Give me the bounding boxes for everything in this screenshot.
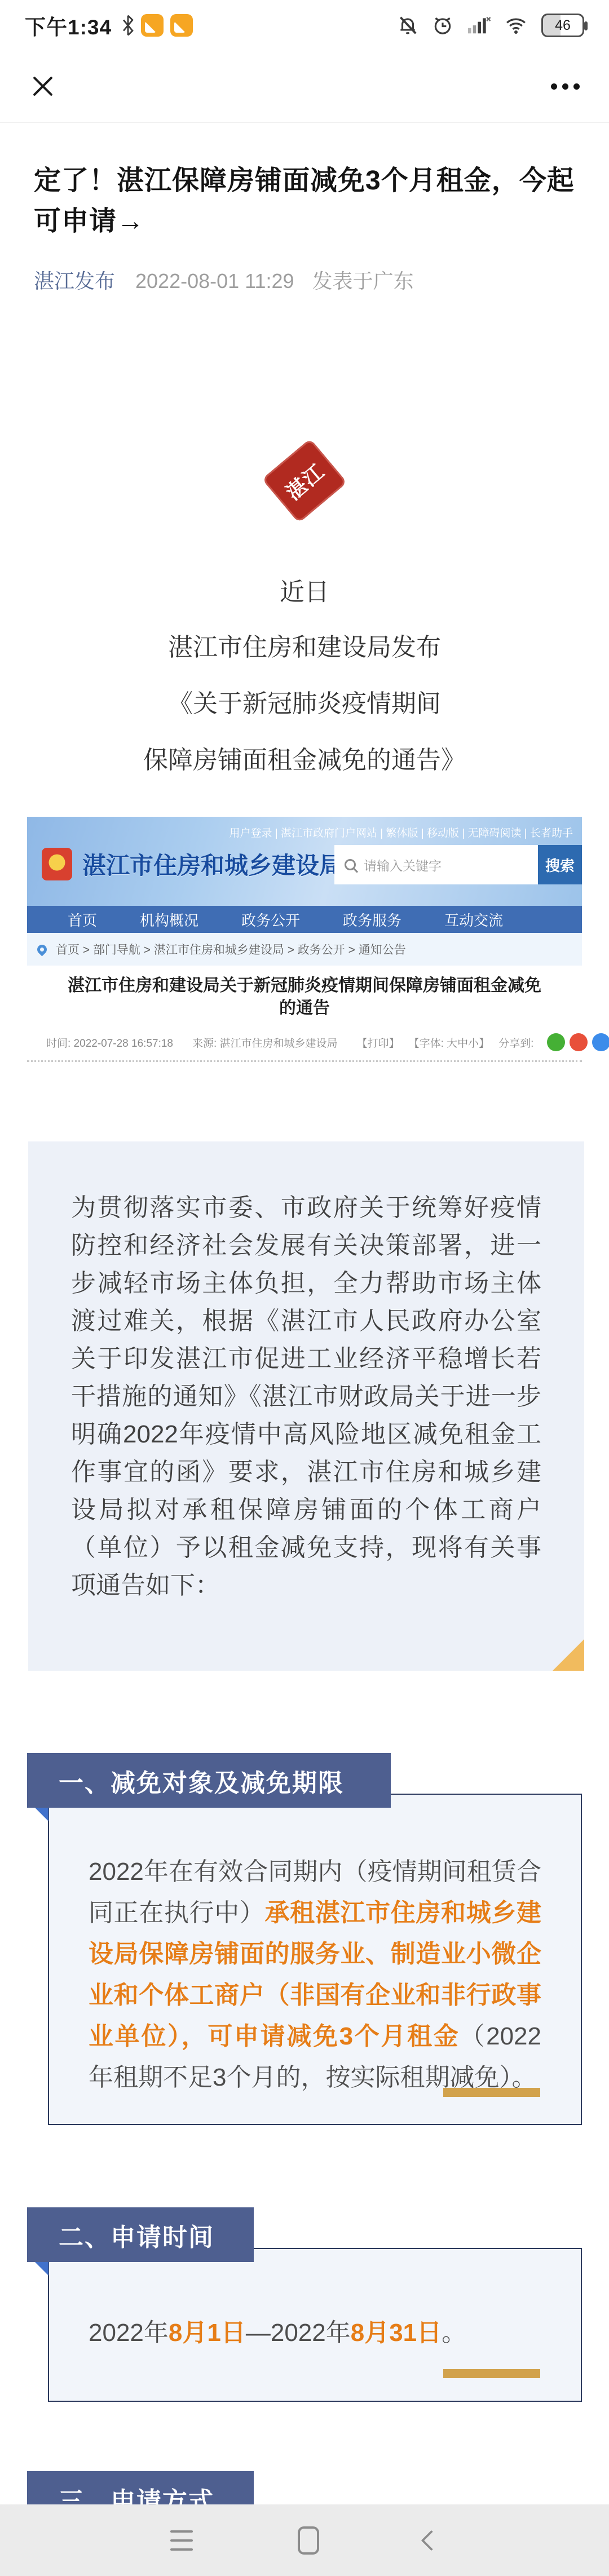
emblem-star: ★ <box>52 857 62 871</box>
battery-icon: 46 <box>541 14 584 37</box>
print-button: 【打印】 <box>357 1035 400 1050</box>
share-wechat-icon <box>547 1033 565 1051</box>
font-size-control: 【字体: 大中小】 <box>409 1035 490 1050</box>
publish-date: 2022-08-01 11:29 <box>135 269 294 293</box>
seal-stamp: 湛江 <box>262 439 347 523</box>
site-article-meta: 时间: 2022-07-28 16:57:18 来源: 湛江市住房和城乡建设局 … <box>27 1033 582 1051</box>
site-nav-interaction: 互动交流 <box>444 909 503 930</box>
meta-time: 时间: 2022-07-28 16:57:18 <box>46 1035 173 1050</box>
signal-no-sim-icon <box>467 15 491 36</box>
site-screenshot-image[interactable]: 用户登录 | 湛江市政府门户网站 | 繁体版 | 移动版 | 无障碍阅读 | 长… <box>27 817 582 1062</box>
section-1-text: 2022年在有效合同期内（疫情期间租赁合同正在执行中）承租湛江市住房和城乡建设局… <box>89 1851 541 2098</box>
article-body: 定了！湛江保障房铺面减免3个月租金，今起可申请→ 湛江发布 2022-08-01… <box>0 161 609 2526</box>
intro-line: 保障房铺面租金减免的通告》 <box>27 747 582 773</box>
intro-paragraph-box: 为贯彻落实市委、市政府关于统筹好疫情防控和经济社会发展有关决策部署，进一步减轻市… <box>28 1141 584 1671</box>
section-2-text: 2022年8月1日—2022年8月31日。 <box>89 2312 541 2353</box>
home-icon[interactable] <box>298 2526 319 2555</box>
section-1: 一、减免对象及减免期限 2022年在有效合同期内（疫情期间租赁合同正在执行中）承… <box>27 1753 582 2125</box>
intro-line: 湛江市住房和建设局发布 <box>27 635 582 661</box>
section-1-header: 一、减免对象及减免期限 <box>27 1753 391 1808</box>
meta-source: 来源: 湛江市住房和城乡建设局 <box>192 1035 338 1050</box>
accent-text: 8月1日 <box>169 2319 246 2347</box>
section-1-title: 一、减免对象及减免期限 <box>59 1763 344 1799</box>
app-badge-icon <box>170 14 193 37</box>
gold-bar-decoration <box>443 2369 540 2378</box>
bell-muted-icon <box>397 15 418 36</box>
site-search-input: 请输入关键字 <box>334 845 538 884</box>
ribbon-fold-icon <box>35 2262 48 2276</box>
site-article-head: 湛江市住房和建设局关于新冠肺炎疫情期间保障房铺面租金减免的通告 时间: 2022… <box>27 966 582 1062</box>
site-breadcrumb: 首页 > 部门导航 > 湛江市住房和城乡建设局 > 政务公开 > 通知公告 <box>27 933 582 966</box>
site-search-button: 搜索 <box>538 845 582 884</box>
close-icon[interactable] <box>29 73 56 100</box>
status-icons: 46 <box>397 14 584 37</box>
status-bar: 下午1:34 46 <box>0 0 609 51</box>
search-icon <box>345 859 356 870</box>
red-seal-image[interactable]: 湛江 <box>27 445 582 516</box>
share-qq-icon <box>592 1033 609 1051</box>
meta-actions: 【打印】 【字体: 大中小】 分享到: ★ <box>357 1033 609 1051</box>
section-2: 二、申请时间 2022年8月1日—2022年8月31日。 <box>27 2207 582 2402</box>
gold-bar-decoration <box>443 2088 540 2097</box>
intro-line: 《关于新冠肺炎疫情期间 <box>27 691 582 717</box>
wechat-article-screen: 下午1:34 46 定了！湛江保障 <box>0 0 609 2576</box>
site-nav-about: 机构概况 <box>140 909 198 930</box>
site-nav-disclosure: 政务公开 <box>241 909 300 930</box>
share-label: 分享到: <box>498 1035 533 1050</box>
site-name: 湛江市住房和城乡建设局 <box>82 847 343 881</box>
section-2-card: 2022年8月1日—2022年8月31日。 <box>48 2248 582 2402</box>
breadcrumb-text: 首页 > 部门导航 > 湛江市住房和城乡建设局 > 政务公开 > 通知公告 <box>56 941 406 958</box>
more-menu-icon[interactable] <box>551 83 580 90</box>
app-badge-icon <box>141 14 164 37</box>
article-title: 定了！湛江保障房铺面减免3个月租金，今起可申请→ <box>34 161 575 242</box>
intro-paragraph: 为贯彻落实市委、市政府关于统筹好疫情防控和经济社会发展有关决策部署，进一步减轻市… <box>71 1189 541 1604</box>
site-nav-home: 首页 <box>68 909 97 930</box>
system-nav-bar <box>0 2504 609 2576</box>
section-1-card: 2022年在有效合同期内（疫情期间租赁合同正在执行中）承租湛江市住房和城乡建设局… <box>48 1794 582 2125</box>
site-article-title: 湛江市住房和建设局关于新冠肺炎疫情期间保障房铺面租金减免的通告 <box>27 975 582 1020</box>
accent-text: 8月31日 <box>351 2319 442 2347</box>
back-icon[interactable] <box>424 2533 439 2548</box>
site-brand: ★ 湛江市住房和城乡建设局 <box>42 847 343 881</box>
byline: 湛江发布 2022-08-01 11:29 发表于广东 <box>34 265 575 294</box>
share-weibo-icon <box>570 1033 588 1051</box>
site-banner: 用户登录 | 湛江市政府门户网站 | 繁体版 | 移动版 | 无障碍阅读 | 长… <box>27 817 582 906</box>
site-nav-bar: 首页 机构概况 政务公开 政务服务 互动交流 <box>27 906 582 933</box>
site-top-links: 用户登录 | 湛江市政府门户网站 | 繁体版 | 移动版 | 无障碍阅读 | 长… <box>230 825 573 840</box>
ribbon-fold-icon <box>35 1808 48 1821</box>
recents-menu-icon[interactable] <box>170 2527 193 2554</box>
section-2-title: 二、申请时间 <box>59 2217 214 2253</box>
battery-percent: 46 <box>555 17 571 34</box>
author-link[interactable]: 湛江发布 <box>34 265 115 294</box>
status-time: 下午1:34 <box>25 10 112 41</box>
wifi-icon <box>504 15 528 36</box>
location-pin-icon <box>35 942 48 956</box>
alarm-clock-icon <box>432 15 453 36</box>
intro-line: 近日 <box>27 579 582 605</box>
site-nav-services: 政务服务 <box>343 909 401 930</box>
bluetooth-icon <box>121 15 135 36</box>
national-emblem-icon: ★ <box>42 848 72 880</box>
seal-text: 湛江 <box>279 456 330 506</box>
search-placeholder: 请输入关键字 <box>364 856 442 874</box>
site-search-box: 请输入关键字 搜索 <box>334 845 582 884</box>
section-2-header: 二、申请时间 <box>27 2207 254 2262</box>
publish-location: 发表于广东 <box>312 265 414 294</box>
corner-fold-decoration <box>553 1639 584 1671</box>
article-top-bar <box>0 51 609 123</box>
